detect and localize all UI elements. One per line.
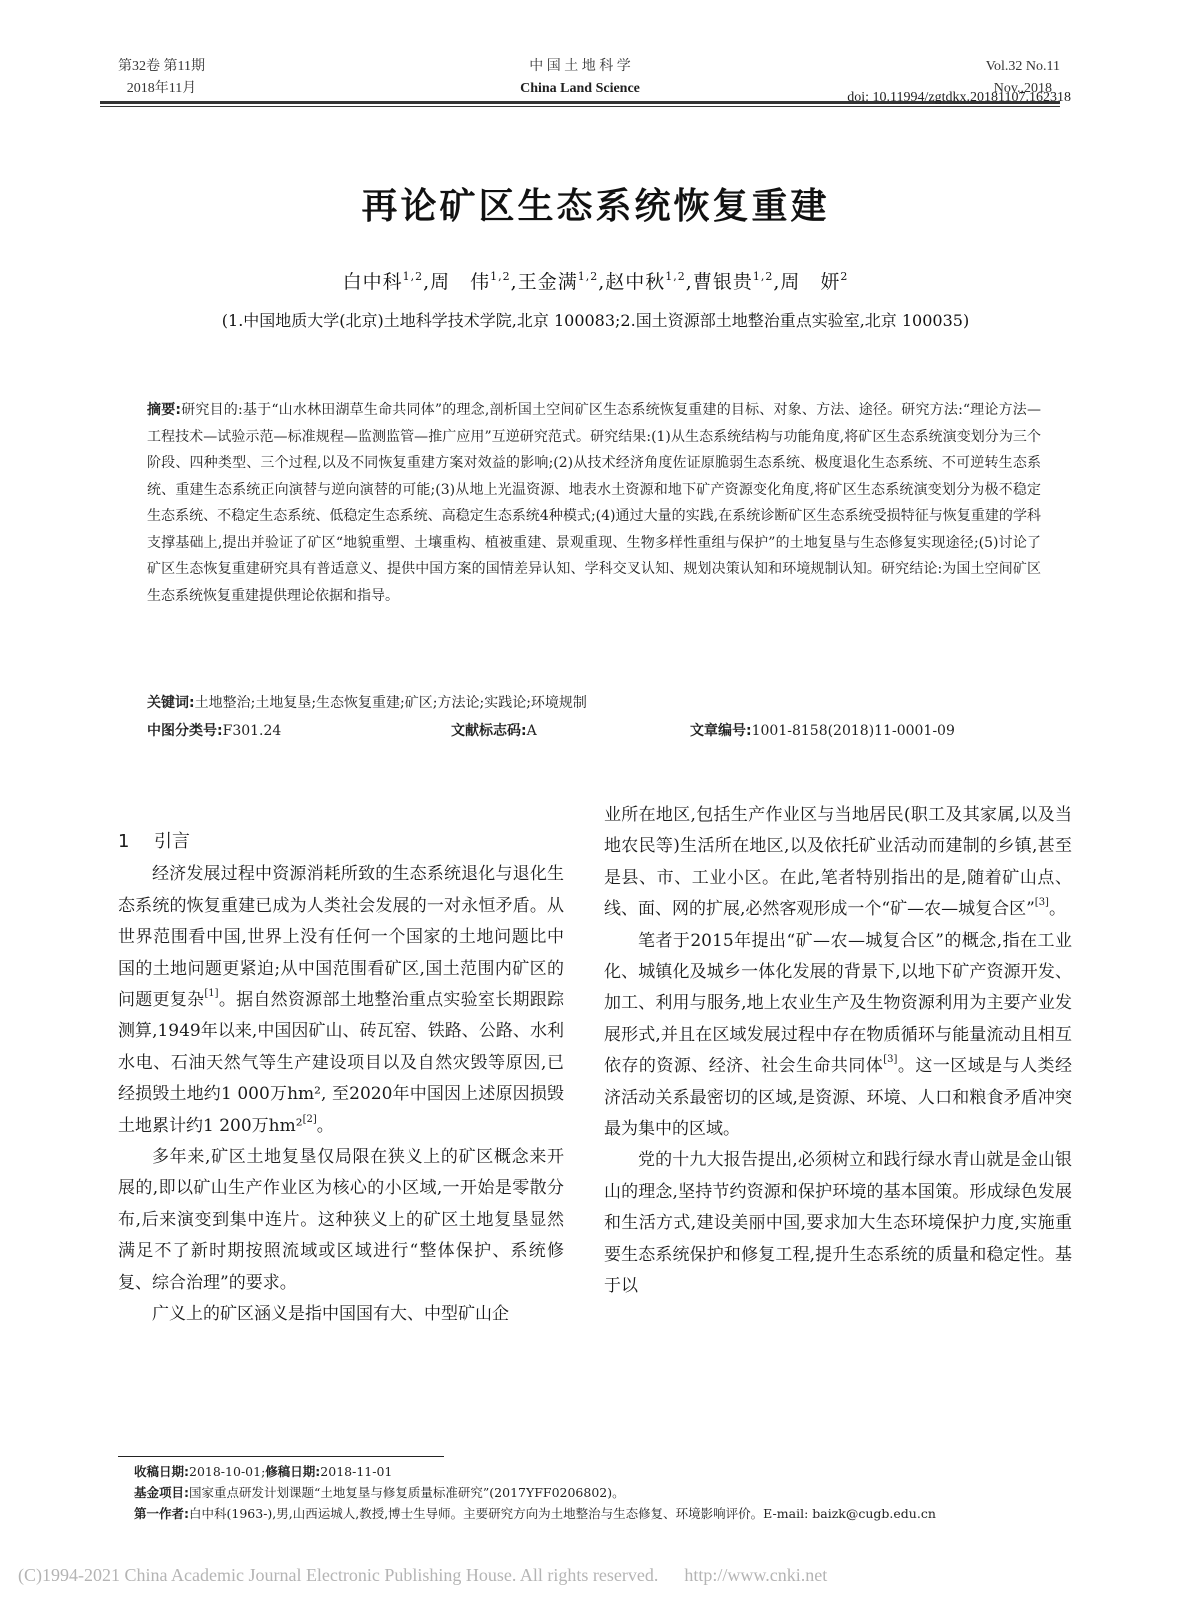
document-code: 文献标志码:A <box>451 718 537 744</box>
citation[interactable]: [3] <box>1035 897 1049 908</box>
section-title: 引言 <box>154 831 190 852</box>
footnote-rule <box>118 1456 444 1457</box>
cnki-link[interactable]: http://www.cnki.net <box>684 1565 827 1585</box>
keywords-text: 土地整治;土地复垦;生态恢复重建;矿区;方法论;实践论;环境规制 <box>195 695 587 711</box>
author: 白中科1,2 <box>343 271 424 293</box>
abstract-text: 研究目的:基于“山水林田湖草生命共同体”的理念,剖析国土空间矿区生态系统恢复重建… <box>147 402 1041 604</box>
section-number: 1 <box>118 826 154 857</box>
author: 王金满1,2 <box>518 271 599 293</box>
keywords-label: 关键词: <box>147 695 195 711</box>
paragraph: 业所在地区,包括生产作业区与当地居民(职工及其家属,以及当地农民等)生活所在地区… <box>604 800 1072 926</box>
footnote-dates: 收稿日期:2018-10-01;修稿日期:2018-11-01 <box>134 1461 1064 1482</box>
paragraph: 笔者于2015年提出“矿—农—城复合区”的概念,指在工业化、城镇化及城乡一体化发… <box>604 926 1072 1146</box>
footnote-fund: 基金项目:国家重点研发计划课题“土地复垦与修复质量标准研究”(2017YFF02… <box>134 1482 1064 1503</box>
citation[interactable]: [3] <box>883 1054 897 1065</box>
paragraph: 党的十九大报告提出,必须树立和践行绿水青山就是金山银山的理念,坚持节约资源和保护… <box>604 1145 1072 1302</box>
doi[interactable]: doi: 10.11994/zgtdkx.20181107.162318 <box>847 90 1071 106</box>
author-list: 白中科1,2,周 伟1,2,王金满1,2,赵中秋1,2,曹银贵1,2,周 妍2 <box>0 267 1191 294</box>
author: 曹银贵1,2 <box>693 271 774 293</box>
footnote-first-author: 第一作者:白中科(1963-),男,山西运城人,教授,博士生导师。主要研究方向为… <box>134 1503 1064 1524</box>
affiliations: (1.中国地质大学(北京)土地科学技术学院,北京 100083;2.国土资源部土… <box>150 307 1041 335</box>
author: 赵中秋1,2 <box>605 271 686 293</box>
header-rule-thin <box>100 106 1060 107</box>
journal-name-cn: 中 国 土 地 科 学 <box>100 56 1060 78</box>
section-heading: 1引言 <box>118 826 564 857</box>
paragraph: 经济发展过程中资源消耗所致的生态系统退化与退化生态系统的恢复重建已成为人类社会发… <box>118 859 564 1142</box>
volume-label-en: Vol.32 No.11 <box>986 56 1060 78</box>
abstract-label: 摘要: <box>147 402 181 418</box>
paragraph: 广义上的矿区涵义是指中国国有大、中型矿山企 <box>118 1299 564 1330</box>
classification-info: 中图分类号:F301.24 文献标志码:A 文章编号:1001-8158(201… <box>147 718 1041 744</box>
body-column-left: 1引言 经济发展过程中资源消耗所致的生态系统退化与退化生态系统的恢复重建已成为人… <box>118 826 564 1331</box>
paper-title: 再论矿区生态系统恢复重建 <box>0 178 1191 229</box>
citation[interactable]: [2] <box>303 1114 317 1125</box>
author: 周 伟1,2 <box>430 271 511 293</box>
citation[interactable]: [1] <box>204 988 218 999</box>
paragraph: 多年来,矿区土地复垦仅局限在狭义上的矿区概念来开展的,即以矿山生产作业区为核心的… <box>118 1142 564 1299</box>
abstract: 摘要:研究目的:基于“山水林田湖草生命共同体”的理念,剖析国土空间矿区生态系统恢… <box>147 397 1041 609</box>
copyright-text: (C)1994-2021 China Academic Journal Elec… <box>18 1565 658 1585</box>
keywords: 关键词:土地整治;土地复垦;生态恢复重建;矿区;方法论;实践论;环境规制 <box>147 690 1041 716</box>
body-column-right: 业所在地区,包括生产作业区与当地居民(职工及其家属,以及当地农民等)生活所在地区… <box>604 800 1072 1303</box>
footnotes: 收稿日期:2018-10-01;修稿日期:2018-11-01 基金项目:国家重… <box>134 1461 1064 1524</box>
author: 周 妍2 <box>780 271 848 293</box>
article-number: 文章编号:1001-8158(2018)11-0001-09 <box>690 718 955 744</box>
copyright-watermark: (C)1994-2021 China Academic Journal Elec… <box>18 1565 827 1586</box>
clc-number: 中图分类号:F301.24 <box>147 718 281 744</box>
